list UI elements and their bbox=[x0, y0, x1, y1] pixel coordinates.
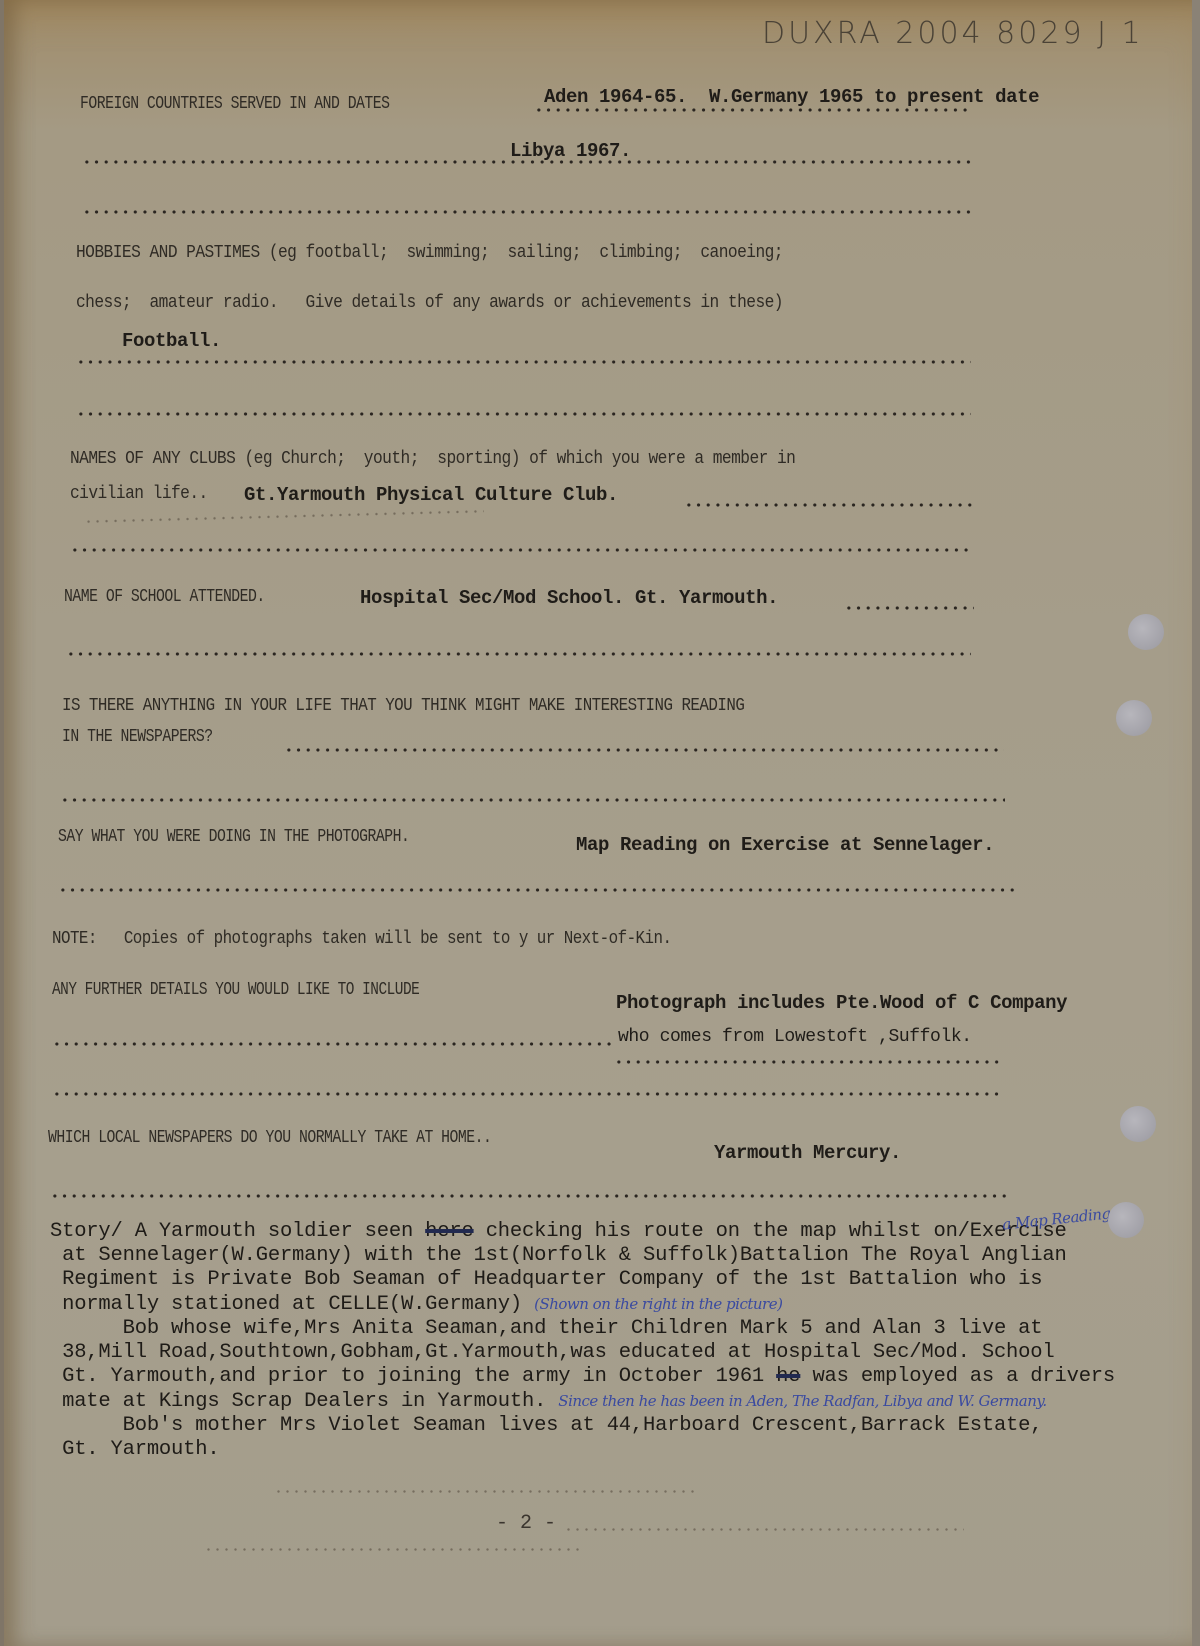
dotted-line bbox=[76, 360, 971, 364]
local-newspapers-answer: Yarmouth Mercury. bbox=[714, 1142, 901, 1164]
faint-dots bbox=[204, 1548, 584, 1551]
next-of-kin-note: NOTE: Copies of photographs taken will b… bbox=[52, 929, 671, 949]
dotted-line bbox=[684, 503, 974, 507]
newspaper-interest-label-2: IN THE NEWSPAPERS? bbox=[62, 727, 213, 747]
dotted-line bbox=[50, 1194, 1010, 1198]
dotted-line bbox=[60, 798, 1005, 802]
further-details-label: ANY FURTHER DETAILS YOU WOULD LIKE TO IN… bbox=[52, 980, 419, 1000]
dotted-line bbox=[82, 160, 972, 164]
dotted-line bbox=[52, 1092, 1002, 1096]
story-line-3: Regiment is Private Bob Seaman of Headqu… bbox=[50, 1268, 1170, 1292]
faint-dots bbox=[564, 1528, 964, 1531]
story-line-5: Bob whose wife,Mrs Anita Seaman,and thei… bbox=[50, 1317, 1170, 1341]
story-line-6: 38,Mill Road,Southtown,Gobham,Gt.Yarmout… bbox=[50, 1341, 1170, 1365]
dotted-line bbox=[82, 210, 972, 214]
dotted-line bbox=[614, 1060, 1004, 1064]
dotted-line bbox=[76, 412, 971, 416]
story-line-4: normally stationed at CELLE(W.Germany) (… bbox=[50, 1292, 1170, 1317]
dotted-line bbox=[70, 548, 970, 552]
faint-dots bbox=[84, 510, 484, 523]
clubs-answer: Gt.Yarmouth Physical Culture Club. bbox=[244, 484, 618, 506]
story-line-2: at Sennelager(W.Germany) with the 1st(No… bbox=[50, 1244, 1170, 1268]
struck-word: he bbox=[776, 1365, 800, 1388]
newspaper-interest-label: IS THERE ANYTHING IN YOUR LIFE THAT YOU … bbox=[62, 696, 744, 716]
punch-hole bbox=[1108, 1202, 1144, 1238]
struck-word: here bbox=[425, 1220, 473, 1243]
story-line-9: Bob's mother Mrs Violet Seaman lives at … bbox=[50, 1414, 1170, 1438]
page-edge bbox=[1192, 0, 1200, 1646]
story-line-8: mate at Kings Scrap Dealers in Yarmouth.… bbox=[50, 1389, 1170, 1414]
faint-dots bbox=[274, 1490, 694, 1493]
story-line-7: Gt. Yarmouth,and prior to joining the ar… bbox=[50, 1365, 1170, 1389]
local-newspapers-label: WHICH LOCAL NEWSPAPERS DO YOU NORMALLY T… bbox=[48, 1128, 491, 1148]
hobbies-answer: Football. bbox=[122, 330, 221, 352]
clubs-label: NAMES OF ANY CLUBS (eg Church; youth; sp… bbox=[70, 449, 795, 469]
punch-hole bbox=[1116, 700, 1152, 736]
dotted-line bbox=[534, 108, 969, 112]
dotted-line bbox=[66, 652, 971, 656]
foreign-countries-answer: Aden 1964-65. W.Germany 1965 to present … bbox=[544, 86, 1039, 108]
punch-hole bbox=[1120, 1106, 1156, 1142]
story-line-10: Gt. Yarmouth. bbox=[50, 1438, 1170, 1462]
school-answer: Hospital Sec/Mod School. Gt. Yarmouth. bbox=[360, 587, 778, 609]
school-label: NAME OF SCHOOL ATTENDED. bbox=[64, 587, 265, 607]
foreign-countries-answer-2: Libya 1967. bbox=[510, 140, 631, 162]
dotted-line bbox=[58, 888, 1016, 892]
handwritten-annotation: (Shown on the right in the picture) bbox=[534, 1295, 782, 1313]
hobbies-label: HOBBIES AND PASTIMES (eg football; swimm… bbox=[76, 243, 783, 263]
photograph-activity-answer: Map Reading on Exercise at Sennelager. bbox=[576, 834, 994, 856]
punch-hole bbox=[1128, 614, 1164, 650]
hobbies-label-2: chess; amateur radio. Give details of an… bbox=[76, 293, 783, 313]
clubs-label-2: civilian life.. bbox=[70, 484, 208, 504]
handwritten-annotation: Since then he has been in Aden, The Radf… bbox=[558, 1392, 1046, 1410]
dotted-line bbox=[844, 606, 974, 610]
foreign-countries-label: FOREIGN COUNTRIES SERVED IN AND DATES bbox=[80, 94, 390, 114]
further-details-answer-2: who comes from Lowestoft ,Suffolk. bbox=[618, 1027, 972, 1047]
archive-reference: DUXRA 2004 8029 J 1 bbox=[762, 16, 1144, 51]
press-story: Story/ A Yarmouth soldier seen here chec… bbox=[50, 1220, 1170, 1462]
photograph-activity-label: SAY WHAT YOU WERE DOING IN THE PHOTOGRAP… bbox=[58, 827, 409, 847]
further-details-answer: Photograph includes Pte.Wood of C Compan… bbox=[616, 992, 1067, 1014]
dotted-line bbox=[52, 1042, 612, 1046]
dotted-line bbox=[284, 748, 1004, 752]
page-number: - 2 - bbox=[496, 1512, 556, 1535]
document-page: DUXRA 2004 8029 J 1 FOREIGN COUNTRIES SE… bbox=[4, 0, 1200, 1646]
